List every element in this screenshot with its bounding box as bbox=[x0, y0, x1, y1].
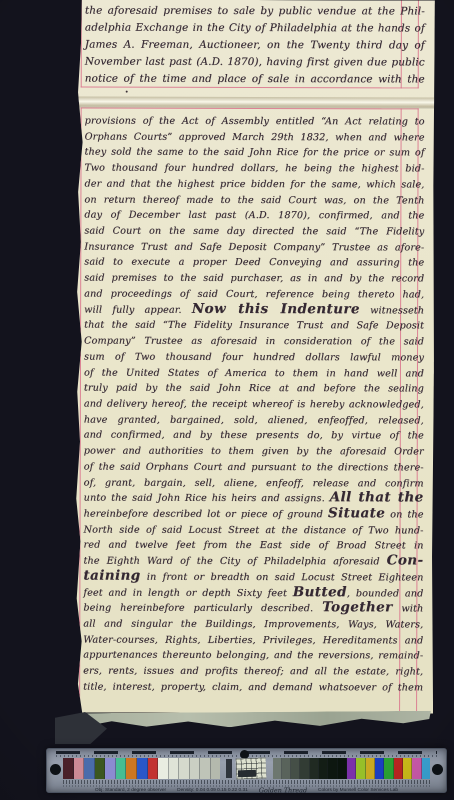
red-margin-line-left bbox=[81, 0, 82, 88]
target-density-label: Density: 0.04 0.09 0.15 0.22 0.31 bbox=[177, 788, 248, 793]
color-patch bbox=[116, 758, 127, 779]
display-script-word: Con- bbox=[387, 552, 424, 568]
handwritten-line: will fully appear. Now this Indenture wi… bbox=[84, 302, 424, 319]
handwritten-line: red and twelve feet from the East side o… bbox=[83, 538, 423, 555]
handwritten-line: said Court on the same day directed the … bbox=[84, 224, 424, 241]
color-patch bbox=[273, 758, 282, 779]
color-patch bbox=[95, 758, 106, 779]
patch-group-left bbox=[63, 758, 221, 779]
handwritten-line: November last past (A.D. 1870), having f… bbox=[85, 54, 425, 72]
color-patch bbox=[74, 758, 85, 779]
target-observer-label: Obj: Standard, 2 degree observer bbox=[95, 788, 166, 793]
patch-group-right bbox=[273, 758, 431, 779]
handwritten-line: Water-courses, Rights, Liberties, Privil… bbox=[83, 632, 423, 649]
document-page: the aforesaid premises to sale by public… bbox=[72, 0, 435, 713]
handwritten-line: Orphans Courts” approved March 29th 1832… bbox=[85, 129, 425, 146]
handwritten-line: the aforesaid premises to sale by public… bbox=[85, 3, 425, 21]
handwritten-line: North side of said Locust Street at the … bbox=[84, 522, 424, 539]
color-patch bbox=[169, 758, 180, 779]
color-patch bbox=[403, 758, 412, 779]
color-patch bbox=[84, 758, 95, 779]
display-script-word: All that the bbox=[330, 489, 424, 505]
color-patch bbox=[137, 758, 148, 779]
deed-page-lines: provisions of the Act of Assembly entitl… bbox=[83, 114, 425, 696]
color-patch bbox=[126, 758, 137, 779]
handwritten-line: appurtenances thereunto belonging, and t… bbox=[83, 648, 423, 665]
color-patch bbox=[319, 758, 328, 779]
color-patch bbox=[179, 758, 190, 779]
registration-dot-left bbox=[50, 764, 61, 775]
color-patch bbox=[384, 758, 393, 779]
color-patch bbox=[366, 758, 375, 779]
golden-thread-color-target: Obj: Standard, 2 degree observer Density… bbox=[46, 748, 447, 793]
handwritten-line: ers, rents, issues and profits thereof; … bbox=[83, 664, 423, 681]
handwritten-line: title, interest, property, claim, and de… bbox=[83, 679, 423, 696]
color-patch bbox=[211, 758, 221, 779]
color-patch-row bbox=[63, 758, 430, 779]
handwritten-line: being hereinbefore particularly describe… bbox=[83, 601, 423, 618]
previous-page-fragment: the aforesaid premises to sale by public… bbox=[74, 0, 435, 97]
previous-page-lines: the aforesaid premises to sale by public… bbox=[85, 3, 425, 89]
display-script-word: Now this Indenture bbox=[192, 300, 360, 316]
display-script-word: Situate bbox=[328, 505, 385, 521]
color-patch bbox=[300, 758, 309, 779]
handwritten-line: adelphia Exchange in the City of Philade… bbox=[85, 20, 425, 38]
color-patch bbox=[422, 758, 430, 779]
handwritten-line: James A. Freeman, Auctioneer, on the Twe… bbox=[85, 37, 425, 55]
target-label-row: Obj: Standard, 2 degree observer Density… bbox=[95, 787, 398, 793]
density-wedge bbox=[226, 759, 232, 778]
color-patch bbox=[412, 758, 421, 779]
color-patch bbox=[375, 758, 384, 779]
color-patch bbox=[200, 758, 211, 779]
ink-dot bbox=[126, 91, 128, 93]
handwritten-line: der and that the highest price bidden fo… bbox=[84, 176, 424, 193]
color-patch bbox=[347, 758, 356, 779]
handwritten-line: that the said “The Fidelity Insurance Tr… bbox=[84, 318, 424, 335]
handwritten-line: of the United States of America to them … bbox=[84, 365, 424, 382]
archival-scan: the aforesaid premises to sale by public… bbox=[0, 0, 454, 800]
deed-page: provisions of the Act of Assembly entitl… bbox=[72, 108, 435, 714]
handwritten-line: and confirmed, and by these presents do,… bbox=[84, 428, 424, 445]
color-patch bbox=[190, 758, 201, 779]
golden-thread-brand-label: Golden Thread bbox=[259, 786, 307, 793]
handwritten-line: have granted, bargained, sold, aliened, … bbox=[84, 412, 424, 429]
patch-value-microtext bbox=[63, 780, 430, 784]
handwritten-line: on return thereof made to the said Court… bbox=[84, 192, 424, 209]
target-munsell-label: Colors by Munsell Color Services Lab bbox=[318, 788, 398, 793]
handwritten-line: taining in front or breadth on said Locu… bbox=[83, 569, 423, 586]
handwritten-line: day of December last past (A.D. 1870), c… bbox=[84, 208, 424, 225]
handwritten-line: said to execute a proper Deed Conveying … bbox=[84, 255, 424, 272]
handwritten-line: and delivery hereof, the receipt whereof… bbox=[84, 396, 424, 413]
color-patch bbox=[158, 758, 169, 779]
color-patch bbox=[338, 758, 347, 779]
red-top-rule bbox=[81, 108, 419, 110]
registration-dot-right bbox=[432, 764, 443, 775]
resolution-block bbox=[237, 770, 255, 778]
handwritten-line: they sold the same to the said John Rice… bbox=[85, 145, 425, 162]
color-patch bbox=[148, 758, 159, 779]
color-patch bbox=[328, 758, 337, 779]
handwritten-line: notice of the time and place of sale in … bbox=[85, 71, 425, 89]
handwritten-line: sum of Two thousand four hundred dollars… bbox=[84, 349, 424, 366]
handwritten-line: truly paid by the said John Rice at and … bbox=[84, 381, 424, 398]
color-patch bbox=[310, 758, 319, 779]
display-script-word: Together bbox=[322, 599, 393, 615]
handwritten-line: hereinbefore described lot or piece of g… bbox=[84, 507, 424, 524]
color-patch bbox=[105, 758, 116, 779]
handwritten-line: Insurance Trust and Safe Deposit Company… bbox=[84, 239, 424, 256]
color-patch bbox=[63, 758, 74, 779]
color-patch bbox=[282, 758, 291, 779]
display-script-word: taining bbox=[83, 567, 140, 583]
handwritten-line: said premises to the said purchaser, as … bbox=[84, 271, 424, 288]
handwritten-line: Two thousand four hundred dollars, he be… bbox=[84, 161, 424, 178]
red-margin-line-left bbox=[79, 108, 82, 713]
resolution-target bbox=[221, 758, 273, 779]
handwritten-line: provisions of the Act of Assembly entitl… bbox=[85, 114, 425, 131]
color-patch bbox=[394, 758, 403, 779]
color-patch bbox=[291, 758, 300, 779]
handwritten-line: all and singular the Buildings, Improvem… bbox=[83, 617, 423, 634]
handwritten-line: Company” Trustee as aforesaid in conside… bbox=[84, 334, 424, 351]
underlying-page-torn-edge bbox=[84, 711, 431, 728]
color-patch bbox=[356, 758, 365, 779]
display-script-word: Butted bbox=[293, 584, 347, 600]
handwritten-line: of the said Orphans Court and pursuant t… bbox=[84, 459, 424, 476]
handwritten-line: power and authorities to them given by t… bbox=[84, 444, 424, 461]
